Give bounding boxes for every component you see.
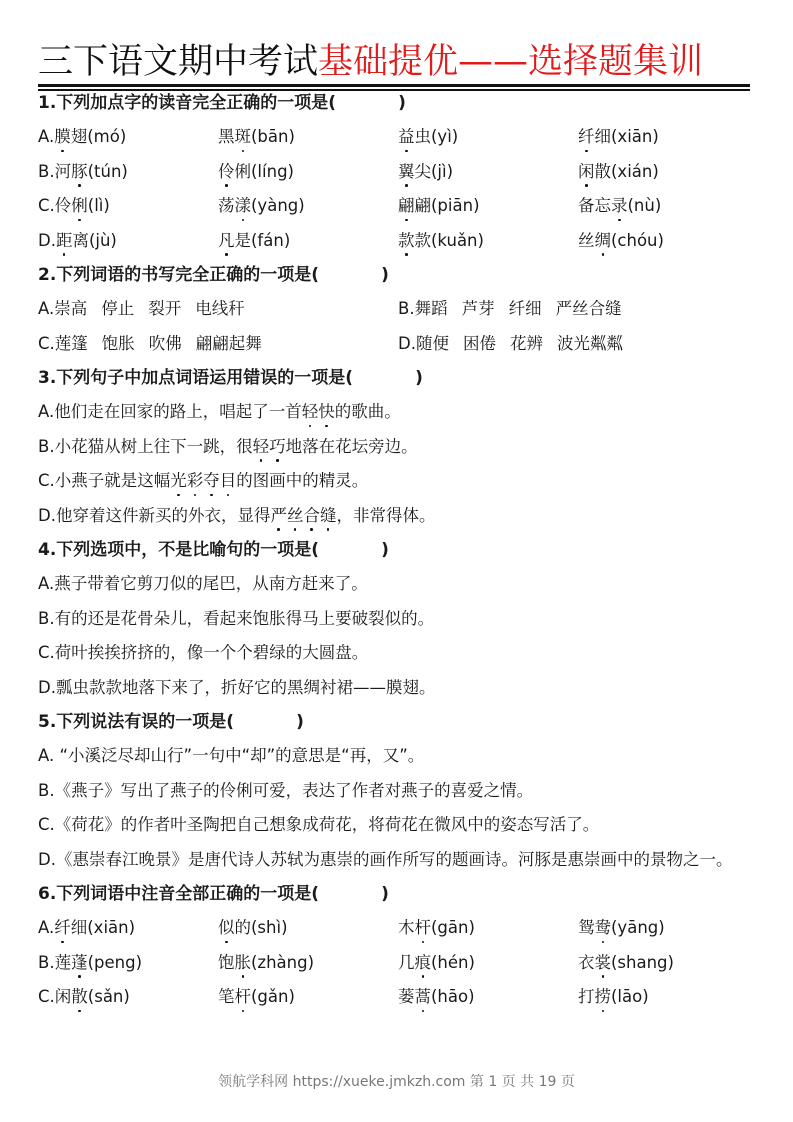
option-item: 伶俐(líng): [218, 161, 398, 183]
dotted-char: 距: [56, 230, 73, 252]
option-item: 荡漾(yàng): [218, 195, 398, 217]
question-stem: 6.下列词语中注音全部正确的一项是(): [38, 883, 758, 905]
option-row-b: B.莲蓬(peng) 饱胀(zhàng) 几痕(hén) 衣裳(shang): [38, 952, 758, 974]
dotted-char: 光: [170, 470, 187, 492]
option-a: A.燕子带着它剪刀似的尾巴，从南方赶来了。: [38, 573, 758, 595]
dotted-char: 录: [611, 195, 628, 217]
dotted-char: 杆: [235, 986, 252, 1008]
dotted-char: 丝: [287, 505, 304, 527]
option-item: 纤细(xiān): [578, 126, 758, 148]
option-item: B.河豚(tún): [38, 161, 218, 183]
option-item: 凡是(fán): [218, 230, 398, 252]
option-item: 鸳鸯(yāng): [578, 917, 758, 939]
option-row-cd: C.莲篷饱胀吹佛翩翩起舞 D.随便困倦花辨波光粼粼: [38, 333, 758, 355]
dotted-char: 益: [398, 126, 415, 148]
title-underline-thin: [38, 89, 750, 91]
dotted-char: 斑: [235, 126, 252, 148]
option-item: 闲散(xián): [578, 161, 758, 183]
option-row-d: D.距离(jù) 凡是(fán) 款款(kuǎn) 丝绸(chóu): [38, 230, 758, 252]
option-item: 衣裳(shang): [578, 952, 758, 974]
option-row-c: C.闲散(sǎn) 笔杆(gǎn) 蒌蒿(hāo) 打捞(lāo): [38, 986, 758, 1008]
dotted-char: 快: [318, 401, 335, 423]
option-b: B.舞蹈芦芽纤细严丝合缝: [398, 298, 758, 320]
dotted-char: 严: [270, 505, 287, 527]
question-stem: 3.下列句子中加点词语运用错误的一项是(): [38, 367, 758, 389]
option-c: C.荷叶挨挨挤挤的，像一个个碧绿的大圆盘。: [38, 642, 758, 664]
option-a: A. “小溪泛尽却山行”一句中“却”的意思是“再，又”。: [38, 745, 758, 767]
dotted-word: 严丝合缝: [270, 506, 336, 525]
question-6: 6.下列词语中注音全部正确的一项是() A.纤细(xiān) 似的(shì) 木…: [38, 883, 758, 1008]
dotted-char: 翼: [398, 161, 415, 183]
dotted-char: 裳: [595, 952, 612, 974]
dotted-char: 漾: [235, 195, 252, 217]
dotted-char: 俐: [71, 195, 88, 217]
dotted-char: 散: [71, 986, 88, 1008]
option-item: A.膜翅(mó): [38, 126, 218, 148]
dotted-char: 伶: [218, 161, 235, 183]
dotted-char: 款: [398, 230, 415, 252]
option-item: 蒌蒿(hāo): [398, 986, 578, 1008]
option-item: B.莲蓬(peng): [38, 952, 218, 974]
dotted-char: 夺: [203, 470, 220, 492]
dotted-char: 胀: [235, 952, 252, 974]
dotted-char: 膜: [54, 126, 71, 148]
dotted-char: 绸: [595, 230, 612, 252]
option-d: D.他穿着这件新买的外衣，显得严丝合缝，非常得体。: [38, 505, 758, 527]
question-stem: 5.下列说法有误的一项是(): [38, 711, 758, 733]
dotted-char: 翩: [398, 195, 415, 217]
option-item: 丝绸(chóu): [578, 230, 758, 252]
question-2: 2.下列词语的书写完全正确的一项是() A.崇高停止裂开电线秆 B.舞蹈芦芽纤细…: [38, 264, 758, 355]
option-item: D.距离(jù): [38, 230, 218, 252]
dotted-char: 巧: [269, 436, 286, 458]
question-4: 4.下列选项中，不是比喻句的一项是() A.燕子带着它剪刀似的尾巴，从南方赶来了…: [38, 539, 758, 699]
option-item: C.闲散(sǎn): [38, 986, 218, 1008]
dotted-char: 凡: [218, 230, 235, 252]
option-item: 似的(shì): [218, 917, 398, 939]
dotted-char: 捞: [595, 986, 612, 1008]
option-c: C.小燕子就是这幅光彩夺目的图画中的精灵。: [38, 470, 758, 492]
option-a: A.崇高停止裂开电线秆: [38, 298, 398, 320]
option-item: 益虫(yì): [398, 126, 578, 148]
option-item: 几痕(hén): [398, 952, 578, 974]
dotted-word: 轻快: [302, 402, 335, 421]
document-title: 三下语文期中考试基础提优——选择题集训: [38, 40, 750, 91]
option-b: B.《燕子》写出了燕子的伶俐可爱，表达了作者对燕子的喜爱之情。: [38, 780, 758, 802]
option-item: 笔杆(gǎn): [218, 986, 398, 1008]
dotted-char: 闲: [578, 161, 595, 183]
option-row-c: C.伶俐(lì) 荡漾(yàng) 翩翩(piān) 备忘录(nù): [38, 195, 758, 217]
option-item: 翩翩(piān): [398, 195, 578, 217]
dotted-word: 轻巧: [253, 437, 286, 456]
option-item: 饱胀(zhàng): [218, 952, 398, 974]
option-c: C.莲篷饱胀吹佛翩翩起舞: [38, 333, 398, 355]
dotted-char: 蓬: [71, 952, 88, 974]
dotted-char: 轻: [302, 401, 319, 423]
option-d: D.随便困倦花辨波光粼粼: [398, 333, 758, 355]
dotted-char: 目: [220, 470, 237, 492]
dotted-char: 纤: [578, 126, 595, 148]
option-b: B.有的还是花骨朵儿，看起来饱胀得马上要破裂似的。: [38, 608, 758, 630]
question-3: 3.下列句子中加点词语运用错误的一项是() A.他们走在回家的路上，唱起了一首轻…: [38, 367, 758, 527]
dotted-char: 彩: [187, 470, 204, 492]
title-underline-thick: [38, 84, 750, 87]
dotted-char: 蒿: [415, 986, 432, 1008]
option-b: B.小花猫从树上往下一跳，很轻巧地落在花坛旁边。: [38, 436, 758, 458]
dotted-char: 纤: [54, 917, 71, 939]
option-item: C.伶俐(lì): [38, 195, 218, 217]
dotted-char: 豚: [71, 161, 88, 183]
title-red-part: 基础提优——选择题集训: [318, 42, 703, 82]
option-item: 黑斑(bān): [218, 126, 398, 148]
option-item: 木杆(gān): [398, 917, 578, 939]
option-item: 备忘录(nù): [578, 195, 758, 217]
option-d: D.《惠崇春江晚景》是唐代诗人苏轼为惠崇的画作所写的题画诗。河豚是惠崇画中的景物…: [38, 849, 758, 871]
option-item: 打捞(lāo): [578, 986, 758, 1008]
option-d: D.瓢虫款款地落下来了，折好它的黑绸衬裙——膜翅。: [38, 677, 758, 699]
dotted-char: 鸯: [595, 917, 612, 939]
question-1: 1.下列加点字的读音完全正确的一项是() A.膜翅(mó) 黑斑(bān) 益虫…: [38, 92, 758, 252]
option-c: C.《荷花》的作者叶圣陶把自己想象成荷花，将荷花在微风中的姿态写活了。: [38, 814, 758, 836]
dotted-char: 缝: [320, 505, 337, 527]
option-row-b: B.河豚(tún) 伶俐(líng) 翼尖(jì) 闲散(xián): [38, 161, 758, 183]
dotted-char: 杆: [415, 917, 432, 939]
question-list: 1.下列加点字的读音完全正确的一项是() A.膜翅(mó) 黑斑(bān) 益虫…: [38, 92, 758, 1021]
question-stem: 4.下列选项中，不是比喻句的一项是(): [38, 539, 758, 561]
option-a: A.他们走在回家的路上，唱起了一首轻快的歌曲。: [38, 401, 758, 423]
option-row-a: A.膜翅(mó) 黑斑(bān) 益虫(yì) 纤细(xiān): [38, 126, 758, 148]
question-5: 5.下列说法有误的一项是() A. “小溪泛尽却山行”一句中“却”的意思是“再，…: [38, 711, 758, 871]
question-stem: 2.下列词语的书写完全正确的一项是(): [38, 264, 758, 286]
option-row-ab: A.崇高停止裂开电线秆 B.舞蹈芦芽纤细严丝合缝: [38, 298, 758, 320]
option-item: A.纤细(xiān): [38, 917, 218, 939]
dotted-word: 光彩夺目: [170, 471, 236, 490]
dotted-char: 似: [218, 917, 235, 939]
question-stem: 1.下列加点字的读音完全正确的一项是(): [38, 92, 758, 114]
dotted-char: 痕: [415, 952, 432, 974]
dotted-char: 轻: [253, 436, 270, 458]
option-item: 款款(kuǎn): [398, 230, 578, 252]
page-footer: 领航学科网 https://xueke.jmkzh.com 第 1 页 共 19…: [0, 1071, 793, 1091]
option-row-a: A.纤细(xiān) 似的(shì) 木杆(gān) 鸳鸯(yāng): [38, 917, 758, 939]
title-black-part: 三下语文期中考试: [38, 42, 318, 82]
dotted-char: 合: [303, 505, 320, 527]
option-item: 翼尖(jì): [398, 161, 578, 183]
